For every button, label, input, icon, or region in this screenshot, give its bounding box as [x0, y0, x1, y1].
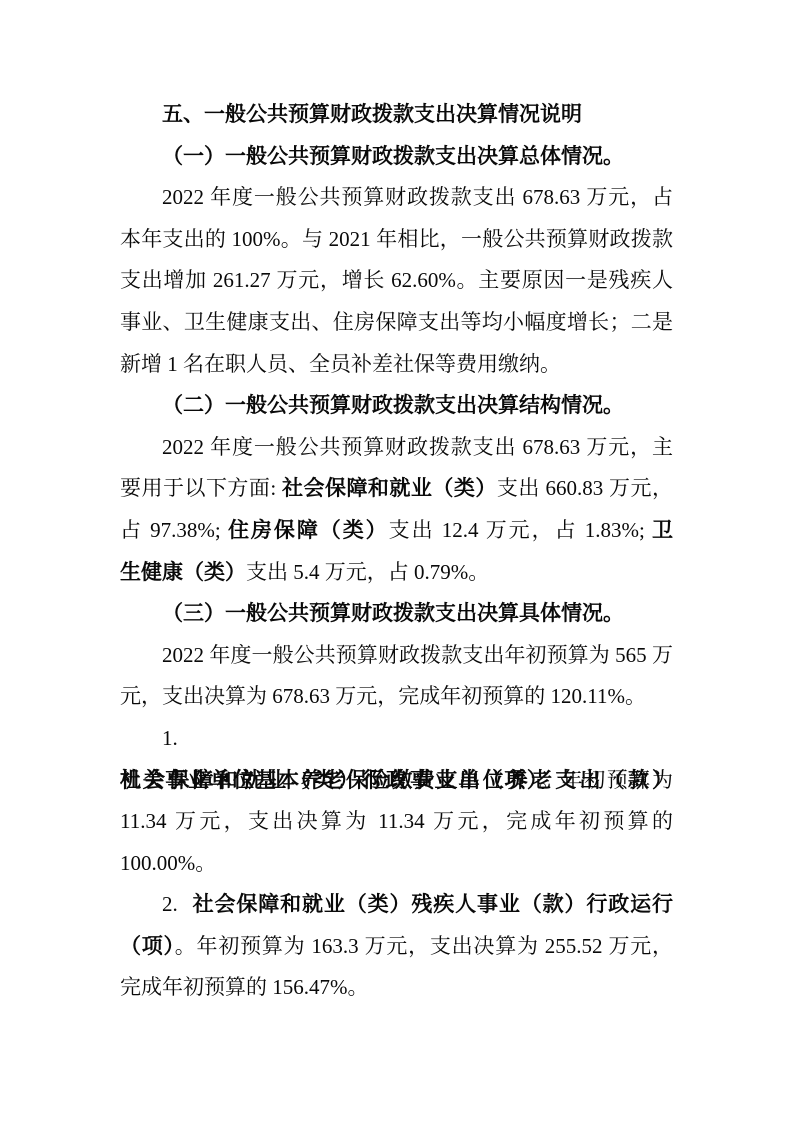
text-run: 事业、卫生健康支出、住房保障支出等均小幅度增长；二是	[120, 310, 673, 334]
text-run: 11.34 万元，支出决算为 11.34 万元，完成年初预算的	[120, 809, 673, 833]
text-run: 100.00%。	[120, 851, 216, 875]
bold-text-run: （二）一般公共预算财政拨款支出决算结构情况。	[162, 393, 624, 417]
text-run: 要用于以下方面:	[120, 476, 282, 500]
text-run: 2022 年度一般公共预算财政拨款支出 678.63 万元，占	[162, 185, 673, 209]
text-line: 2022 年度一般公共预算财政拨款支出 678.63 万元，占	[120, 177, 673, 219]
paragraph-item-2: 2.社会保障和就业（类）残疾人事业（款）行政运行（项）。年初预算为 163.3 …	[120, 884, 673, 1009]
bold-text-run: 社会保障和就业（类）	[282, 476, 497, 500]
text-line: 2022 年度一般公共预算财政拨款支出年初预算为 565 万	[120, 635, 673, 677]
text-run: 新增 1 名在职人员、全员补差社保等费用缴纳。	[120, 352, 561, 376]
bold-text-run: （一）一般公共预算财政拨款支出决算总体情况。	[162, 144, 624, 168]
text-run: 本年支出的 100%。与 2021 年相比，一般公共预算财政拨款	[120, 227, 673, 251]
bold-text-run: 住房保障（类）	[228, 518, 389, 542]
subsection-1-heading: （一）一般公共预算财政拨款支出决算总体情况。	[120, 136, 673, 178]
document-body: 五、一般公共预算财政拨款支出决算情况说明（一）一般公共预算财政拨款支出决算总体情…	[120, 94, 673, 1009]
text-run: 支出 12.4 万元，占 1.83%;	[389, 518, 652, 542]
text-line: 2022 年度一般公共预算财政拨款支出 678.63 万元，主	[120, 427, 673, 469]
text-run: 2022 年度一般公共预算财政拨款支出 678.63 万元，主	[162, 435, 673, 459]
text-line: （一）一般公共预算财政拨款支出决算总体情况。	[120, 136, 673, 178]
text-line: 要用于以下方面: 社会保障和就业（类）支出 660.83 万元，	[120, 468, 673, 510]
text-line: （二）一般公共预算财政拨款支出决算结构情况。	[120, 385, 673, 427]
text-line: 元，支出决算为 678.63 万元，完成年初预算的 120.11%。	[120, 676, 673, 718]
paragraph-overall-situation: 2022 年度一般公共预算财政拨款支出 678.63 万元，占本年支出的 100…	[120, 177, 673, 385]
text-run: 完成年初预算的 156.47%。	[120, 975, 369, 999]
bold-text-run: 机关事业单位基本养老保险缴费支出（项）	[120, 768, 539, 792]
text-line: 生健康（类）支出 5.4 万元，占 0.79%。	[120, 552, 673, 594]
bold-text-run: （三）一般公共预算财政拨款支出决算具体情况。	[162, 601, 624, 625]
text-run: 支出 660.83 万元，	[497, 476, 673, 500]
text-line: （项）。年初预算为 163.3 万元，支出决算为 255.52 万元，	[120, 926, 673, 968]
bold-text-run: 五、一般公共预算财政拨款支出决算情况说明	[162, 103, 582, 126]
text-line: 五、一般公共预算财政拨款支出决算情况说明	[120, 94, 673, 136]
text-line: 新增 1 名在职人员、全员补差社保等费用缴纳。	[120, 344, 673, 386]
bold-text-run: 社会保障和就业（类）残疾人事业（款）行政运行	[192, 892, 673, 916]
text-line: 2.社会保障和就业（类）残疾人事业（款）行政运行	[120, 884, 673, 926]
text-line: 占 97.38%; 住房保障（类）支出 12.4 万元，占 1.83%; 卫	[120, 510, 673, 552]
text-line: 完成年初预算的 156.47%。	[120, 967, 673, 1009]
text-line: （三）一般公共预算财政拨款支出决算具体情况。	[120, 593, 673, 635]
text-line: 支出增加 261.27 万元，增长 62.60%。主要原因一是残疾人	[120, 260, 673, 302]
list-number: 1.	[162, 726, 178, 750]
paragraph-structure-situation: 2022 年度一般公共预算财政拨款支出 678.63 万元，主要用于以下方面: …	[120, 427, 673, 593]
subsection-3-heading: （三）一般公共预算财政拨款支出决算具体情况。	[120, 593, 673, 635]
document-page: 五、一般公共预算财政拨款支出决算情况说明（一）一般公共预算财政拨款支出决算总体情…	[0, 0, 793, 1122]
paragraph-item-1: 1.社会保障和就业（类）行政事业单位养老支出（款）机关事业单位基本养老保险缴费支…	[120, 718, 673, 884]
text-line: 100.00%。	[120, 843, 673, 885]
list-number: 2.	[162, 892, 178, 916]
bold-text-run: 生健康（类）	[120, 560, 246, 584]
text-line: 事业、卫生健康支出、住房保障支出等均小幅度增长；二是	[120, 302, 673, 344]
bold-text-run: 卫	[652, 518, 673, 542]
text-line: 11.34 万元，支出决算为 11.34 万元，完成年初预算的	[120, 801, 673, 843]
text-run: 元，支出决算为 678.63 万元，完成年初预算的 120.11%。	[120, 684, 646, 708]
subsection-2-heading: （二）一般公共预算财政拨款支出决算结构情况。	[120, 385, 673, 427]
text-run: 支出 5.4 万元，占 0.79%。	[246, 560, 489, 584]
text-run: 支出增加 261.27 万元，增长 62.60%。主要原因一是残疾人	[120, 268, 673, 292]
bold-text-run: （项）	[120, 934, 175, 958]
text-run: 。年初预算为	[539, 768, 673, 792]
text-line: 1.社会保障和就业（类）行政事业单位养老支出（款）	[120, 718, 673, 760]
text-run: 2022 年度一般公共预算财政拨款支出年初预算为 565 万	[162, 643, 673, 667]
text-line: 机关事业单位基本养老保险缴费支出（项）。年初预算为	[120, 760, 673, 802]
text-line: 本年支出的 100%。与 2021 年相比，一般公共预算财政拨款	[120, 219, 673, 261]
text-run: 占 97.38%;	[120, 518, 228, 542]
paragraph-specific-situation: 2022 年度一般公共预算财政拨款支出年初预算为 565 万元，支出决算为 67…	[120, 635, 673, 718]
section-5-heading: 五、一般公共预算财政拨款支出决算情况说明	[120, 94, 673, 136]
text-run: 。年初预算为 163.3 万元，支出决算为 255.52 万元，	[175, 934, 673, 958]
